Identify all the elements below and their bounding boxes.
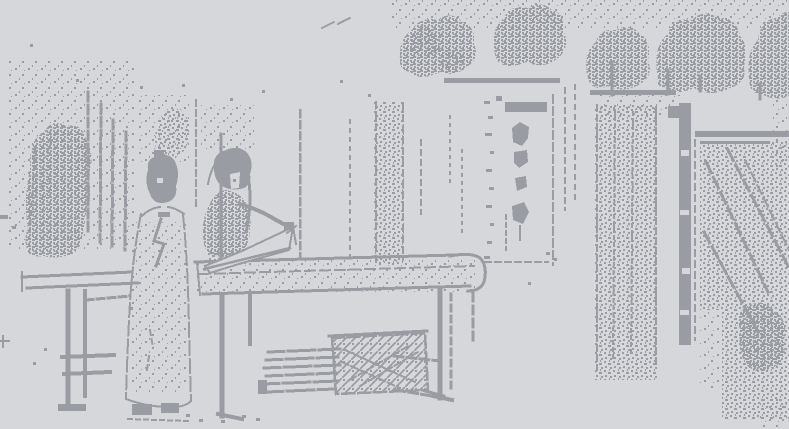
eye-mark xyxy=(233,179,236,182)
sketch-figure: Coarsely dithered two-tone gray sketch o… xyxy=(0,0,789,429)
textured-trunk xyxy=(374,102,404,264)
topknot xyxy=(154,150,164,157)
sign-blob xyxy=(505,102,547,112)
tree-canopy xyxy=(407,28,443,56)
door-post xyxy=(679,103,691,345)
bench-bundle xyxy=(25,215,80,257)
lattice-panel xyxy=(595,105,658,380)
bench-foot xyxy=(58,404,86,411)
sketch-canvas xyxy=(0,0,789,429)
figure-foot xyxy=(161,403,179,413)
figure-foot xyxy=(132,404,152,415)
tree-canopy xyxy=(440,50,464,70)
collar-mark xyxy=(158,212,170,217)
